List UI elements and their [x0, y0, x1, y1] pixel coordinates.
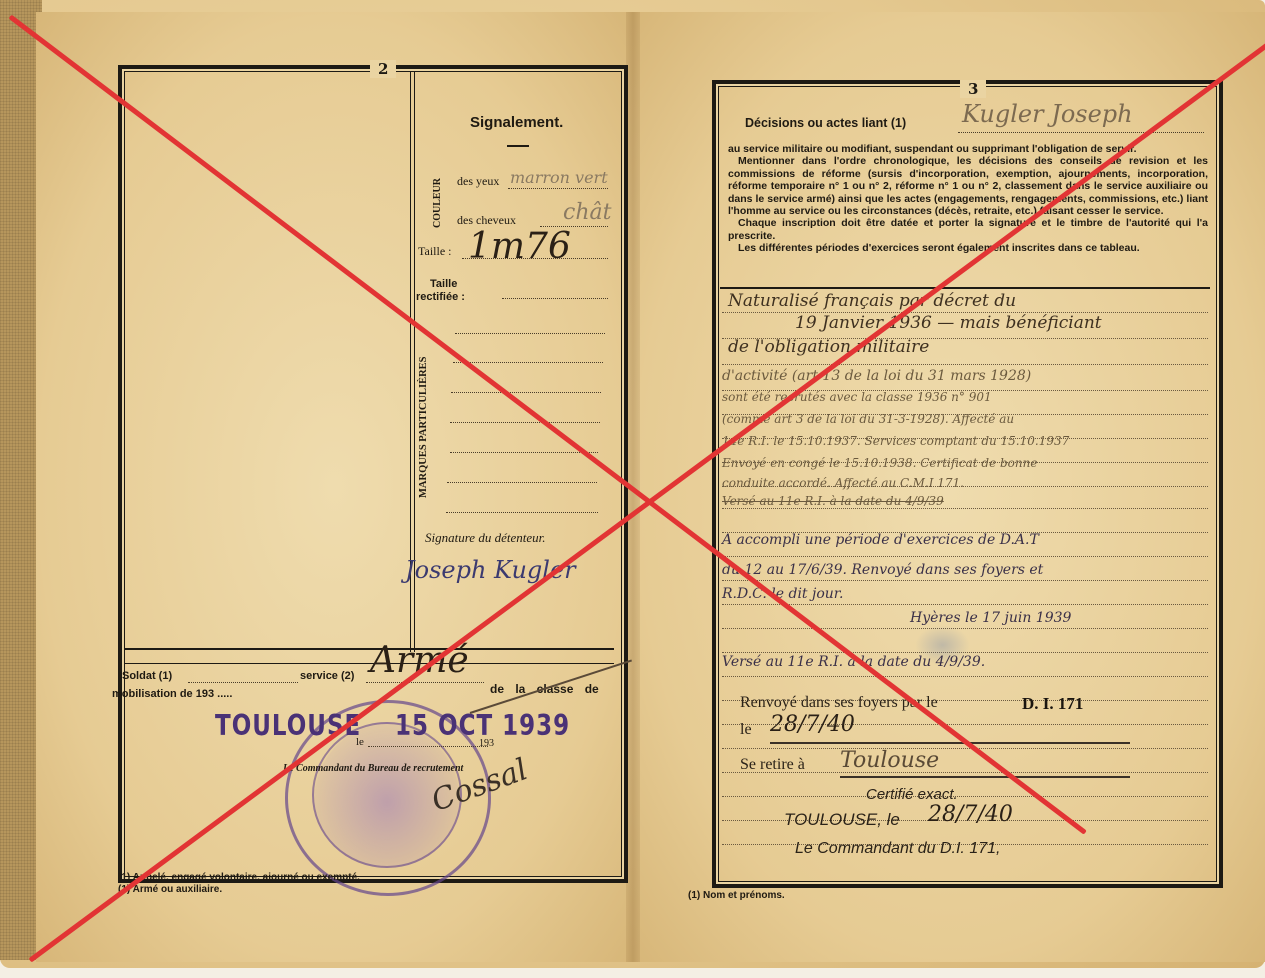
left-footnotes: (1) Appelé, engagé volontaire, ajourné o…	[118, 872, 360, 896]
couleur-label: COULEUR	[432, 178, 443, 228]
discharge-unit: D. I. 171	[1022, 694, 1083, 714]
title-underline	[507, 145, 529, 147]
yeux-value: marron vert	[510, 168, 608, 187]
entry-1-line-9: conduite accordé. Affecté au C.M.I 171.	[722, 476, 964, 490]
ruled-line	[722, 508, 1208, 509]
page-number-left: 2	[370, 60, 396, 78]
commandant-di-label: Le Commandant du D.I. 171,	[795, 840, 1000, 858]
discharge-date: 28/7/40	[770, 712, 855, 737]
marques-line-3	[451, 392, 601, 393]
year-prefix: 193	[479, 738, 494, 749]
entry-1-line-8: Envoyé en congé le 15.10.1938. Certifica…	[722, 456, 1037, 470]
mobilisation-label: mobilisation de 193 .....	[112, 688, 232, 700]
stamp-city: TOULOUSE	[215, 710, 361, 743]
entry-1-line-1: Naturalisé français par décret du	[728, 290, 1016, 312]
marques-line-7	[446, 512, 598, 513]
retire-value: Toulouse	[840, 748, 939, 773]
right-footnote: (1) Nom et prénoms.	[688, 890, 785, 901]
retire-underline	[840, 776, 1130, 778]
entry-1-line-10-struck: Versé au 11e R.I. à la date du 4/9/39	[722, 494, 944, 508]
signalement-title: Signalement.	[470, 114, 563, 131]
entry-2-line-1: A accompli une période d'exercices de D.…	[722, 532, 1039, 548]
le-label: le	[356, 736, 364, 748]
instructions-text: au service militaire ou modifiant, suspe…	[728, 143, 1208, 255]
city-date-value: 28/7/40	[928, 802, 1013, 827]
ruled-line	[722, 556, 1208, 557]
taille-value: 1m76	[468, 226, 571, 267]
discharge-date-underline	[770, 742, 1130, 744]
ruled-line	[722, 604, 1208, 605]
footnote-2: (1) Armé ou auxiliaire.	[118, 884, 360, 896]
entry-1-line-5: sont été recrutés avec la classe 1936 n°…	[722, 390, 992, 404]
footnote-1: (1) Appelé, engagé volontaire, ajourné o…	[118, 872, 360, 884]
signature-label: Signature du détenteur.	[425, 530, 545, 546]
marques-line-6	[447, 482, 597, 483]
discharge-le-label: le	[740, 721, 752, 739]
service-line	[366, 682, 484, 683]
marques-line-5	[450, 452, 598, 453]
commandant-recrutement-label: Le Commandant du Bureau de recrutement	[283, 763, 463, 774]
certifie-exact: Certifié exact.	[866, 786, 958, 803]
soldat-line	[188, 682, 298, 683]
retire-label: Se retire à	[740, 756, 805, 774]
service-section-divider	[124, 648, 614, 650]
entry-1-line-2: 19 Janvier 1936 — mais bénéficiant	[795, 312, 1102, 334]
date-line	[368, 746, 488, 747]
marques-line-1	[455, 333, 605, 334]
holder-name: Kugler Joseph	[962, 100, 1133, 128]
marques-particulieres-label: MARQUES PARTICULIÈRES	[418, 357, 429, 499]
soldat-label: Soldat (1)	[122, 670, 172, 682]
marques-line-2	[453, 362, 603, 363]
instructions-divider	[720, 287, 1210, 289]
ruled-line	[722, 676, 1208, 677]
marques-line-4	[450, 422, 600, 423]
taille-rectifiee-label-2: rectifiée :	[416, 291, 465, 303]
taille-rectifiee-label-1: Taille	[430, 278, 457, 290]
instruction-4: Les différentes périodes d'exercices ser…	[728, 242, 1208, 254]
service-label: service (2)	[300, 670, 354, 682]
decisions-heading: Décisions ou actes liant (1)	[745, 116, 906, 130]
entry-2-line-4: Hyères le 17 juin 1939	[910, 610, 1071, 626]
ruled-line	[722, 748, 1208, 749]
entry-1-line-7: 14e R.I. le 15.10.1937. Services comptan…	[722, 434, 1069, 448]
ruled-line	[722, 796, 1208, 797]
ruled-line	[722, 364, 1208, 365]
entry-1-line-3: de l'obligation militaire	[728, 336, 929, 358]
taille-rectifiee-line	[502, 298, 608, 299]
yeux-field-line	[508, 188, 608, 189]
instruction-3: Chaque inscription doit être datée et po…	[728, 217, 1208, 242]
holder-signature: Joseph Kugler	[405, 556, 576, 584]
entry-2-line-2: du 12 au 17/6/39. Renvoyé dans ses foyer…	[722, 562, 1043, 578]
ruled-line	[722, 580, 1208, 581]
ruled-line	[722, 628, 1208, 629]
taille-label: Taille :	[418, 244, 451, 259]
instruction-2: Mentionner dans l'ordre chronologique, l…	[728, 155, 1208, 217]
yeux-label: des yeux	[457, 174, 499, 189]
city-date-label: TOULOUSE, le	[784, 810, 900, 830]
booklet: 2 Signalement. COULEUR des yeux marron v…	[0, 0, 1265, 968]
page-number-right: 3	[960, 80, 986, 98]
name-line	[958, 132, 1204, 133]
service-section-divider-2	[124, 663, 614, 664]
cheveux-value: chât	[563, 200, 611, 225]
entry-1-line-4: d'activité (art 13 de la loi du 31 mars …	[722, 368, 1031, 384]
